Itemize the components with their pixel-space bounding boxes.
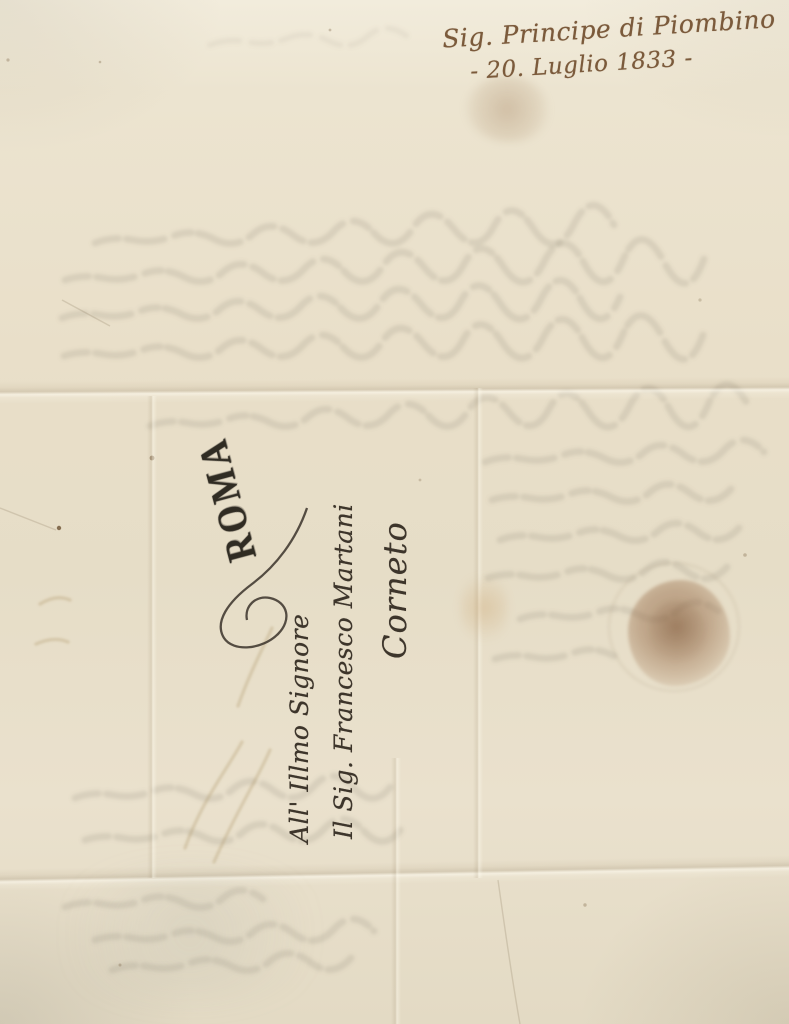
address-block: All' Illmo Signore Il Sig. Francesco Mar…: [285, 475, 435, 845]
docket-inscription: Sig. Principe di Piombino - 20. Luglio 1…: [441, 4, 789, 87]
paper-discoloration: [40, 870, 340, 1000]
fold-line-vertical-right: [473, 388, 483, 878]
fold-line-vertical-left: [147, 396, 157, 878]
address-line-recipient: Il Sig. Francesco Martani: [329, 475, 358, 839]
fold-line-horizontal-top: [0, 377, 789, 404]
address-city: Corneto: [376, 475, 414, 659]
address-line-honorific: All' Illmo Signore: [285, 475, 314, 843]
fold-stain: [460, 570, 508, 646]
letter-scan: Sig. Principe di Piombino - 20. Luglio 1…: [0, 0, 789, 1024]
postmark-roma-stamp: ROMA: [182, 410, 274, 588]
wax-seal-stain: [628, 580, 730, 686]
bleed-strokes-buff-group: [36, 598, 272, 862]
wax-seal-stain-core: [648, 600, 706, 662]
fold-line-horizontal-bottom: [0, 855, 789, 891]
ink-smudge-stain: [466, 76, 548, 142]
crease-scratches-group: [0, 300, 520, 1024]
seal-impression-ring: [608, 562, 740, 692]
